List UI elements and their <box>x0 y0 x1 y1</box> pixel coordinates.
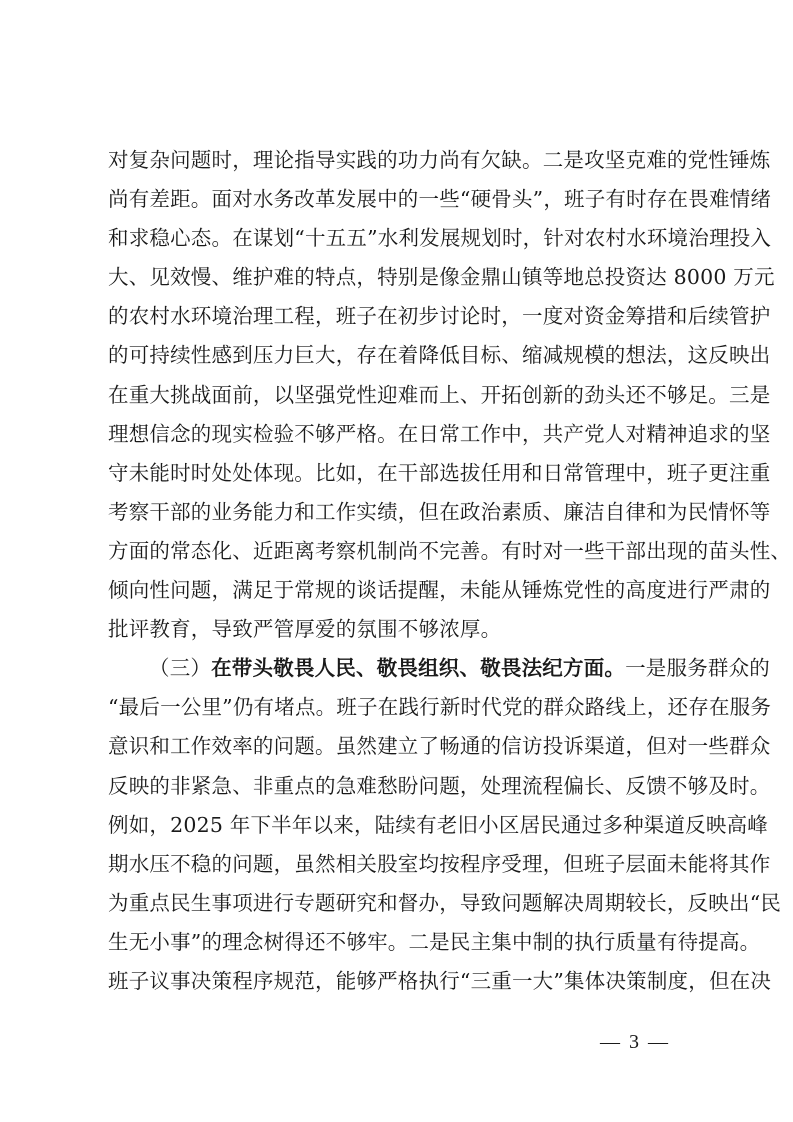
section-heading: 在带头敬畏人民、敬畏组织、敬畏法纪方面。 <box>211 656 625 680</box>
text-line: 期水压不稳的问题，虽然相关股室均按程序受理，但班子层面未能将其作 <box>108 845 692 884</box>
document-page: 对复杂问题时，理论指导实践的功力尚有欠缺。二是攻坚克难的党性锤炼 尚有差距。面对… <box>0 0 793 1122</box>
text-line: 考察干部的业务能力和工作实绩，但在政治素质、廉洁自律和为民情怀等 <box>108 493 692 532</box>
section-first-line-text: 一是服务群众的 <box>625 656 770 680</box>
text-line: 意识和工作效率的问题。虽然建立了畅通的信访投诉渠道，但对一些群众 <box>108 727 692 766</box>
text-line: “最后一公里”仍有堵点。班子在践行新时代党的群众路线上，还存在服务 <box>108 688 692 727</box>
page-number: — 3 — <box>600 1031 670 1054</box>
text-line: 的农村水环境治理工程，班子在初步讨论时，一度对资金筹措和后续管护 <box>108 297 692 336</box>
section-heading-line: （三）在带头敬畏人民、敬畏组织、敬畏法纪方面。一是服务群众的 <box>108 649 692 688</box>
text-line: 的可持续性感到压力巨大，存在着降低目标、缩减规模的想法，这反映出 <box>108 336 692 375</box>
text-line: 大、见效慢、维护难的特点，特别是像金鼎山镇等地总投资达 8000 万元 <box>108 258 692 297</box>
text-line: 反映的非紧急、非重点的急难愁盼问题，处理流程偏长、反馈不够及时。 <box>108 767 692 806</box>
body-text: 对复杂问题时，理论指导实践的功力尚有欠缺。二是攻坚克难的党性锤炼 尚有差距。面对… <box>108 141 692 1001</box>
text-line: 例如，2025 年下半年以来，陆续有老旧小区居民通过多种渠道反映高峰 <box>108 806 692 845</box>
text-line: 在重大挑战面前，以坚强党性迎难而上、开拓创新的劲头还不够足。三是 <box>108 376 692 415</box>
text-line: 生无小事”的理念树得还不够牢。二是民主集中制的执行质量有待提高。 <box>108 923 692 962</box>
text-line: 理想信念的现实检验不够严格。在日常工作中，共产党人对精神追求的坚 <box>108 415 692 454</box>
text-line: 对复杂问题时，理论指导实践的功力尚有欠缺。二是攻坚克难的党性锤炼 <box>108 141 692 180</box>
text-line: 方面的常态化、近距离考察机制尚不完善。有时对一些干部出现的苗头性、 <box>108 532 692 571</box>
text-line: 班子议事决策程序规范，能够严格执行“三重一大”集体决策制度，但在决 <box>108 962 692 1001</box>
text-line: 和求稳心态。在谋划“十五五”水利发展规划时，针对农村水环境治理投入 <box>108 219 692 258</box>
text-line: 守未能时时处处体现。比如，在干部选拔任用和日常管理中，班子更注重 <box>108 454 692 493</box>
section-number: （三） <box>149 656 211 680</box>
text-line: 倾向性问题，满足于常规的谈话提醒，未能从锤炼党性的高度进行严肃的 <box>108 571 692 610</box>
text-line: 尚有差距。面对水务改革发展中的一些“硬骨头”，班子有时存在畏难情绪 <box>108 180 692 219</box>
text-line: 批评教育，导致严管厚爱的氛围不够浓厚。 <box>108 610 692 649</box>
text-line: 为重点民生事项进行专题研究和督办，导致问题解决周期较长，反映出“民 <box>108 884 692 923</box>
